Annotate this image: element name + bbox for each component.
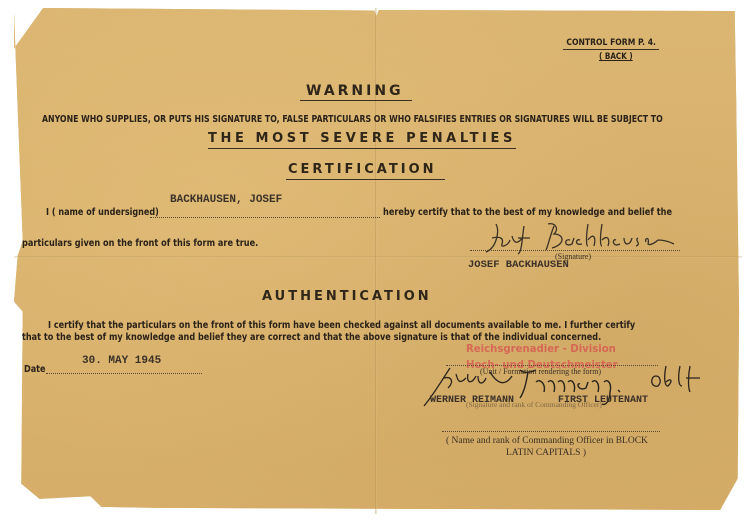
undersigned-name-label: I ( name of undersigned) <box>46 207 159 218</box>
unit-stamp-line-1: Reichsgrenadier - Division <box>466 342 616 355</box>
certification-title: CERTIFICATION <box>286 162 445 180</box>
undersigned-name-value: BACKHAUSEN, JOSEF <box>170 194 282 206</box>
officer-block-caption-2: LATIN CAPITALS ) <box>506 448 586 458</box>
date-line <box>46 373 202 374</box>
officer-block-name-line <box>442 431 660 432</box>
officer-block-caption-1: ( Name and rank of Commanding Officer in… <box>446 436 648 446</box>
undersigned-name-line <box>150 217 380 218</box>
authentication-title: AUTHENTICATION <box>262 289 432 304</box>
signature-line <box>470 250 680 251</box>
warning-text: ANYONE WHO SUPPLIES, OR PUTS HIS SIGNATU… <box>42 114 663 125</box>
penalties-text: THE MOST SEVERE PENALTIES <box>208 131 516 149</box>
date-label: Date <box>24 364 45 375</box>
back-label: ( BACK ) <box>599 52 633 62</box>
control-form-label: CONTROL FORM P. 4. <box>563 38 659 50</box>
particulars-text: particulars given on the front of this f… <box>22 238 258 249</box>
officer-signature-caption: (Signature and rank of Commanding Office… <box>466 400 602 409</box>
warning-title: WARNING <box>300 83 412 101</box>
typed-applicant-name: JOSEF BACKHAUSEN <box>468 259 569 271</box>
certify-text: hereby certify that to the best of my kn… <box>383 207 672 218</box>
authentication-line-1: I certify that the particulars on the fr… <box>48 320 635 331</box>
date-value: 30. MAY 1945 <box>82 355 161 367</box>
